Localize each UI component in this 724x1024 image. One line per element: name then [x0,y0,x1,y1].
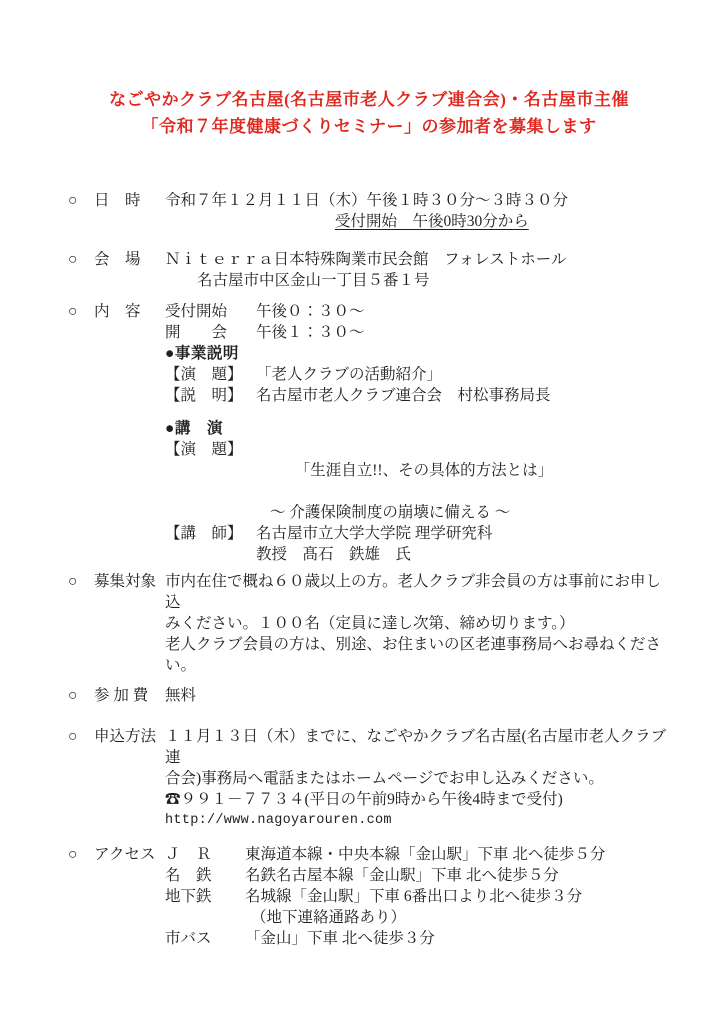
fee-label: 参 加 費 [94,685,165,706]
section-recruitment: ○ 募集対象 市内在住で概ね６０歳以上の方。老人クラブ非会員の方は事前にお申し込… [68,571,670,676]
route-desc: 名城線「金山駅」下車 6番出口より北へ徒歩３分 [245,886,670,907]
route-mode: 地下鉄 [165,886,245,907]
section-fee: ○ 参 加 費 無料 [68,685,670,706]
application-phone: ☎９９１－７７３４(平日の午前9時から午後4時まで受付) [165,789,670,810]
datetime-value: 令和７年１２月１１日（木）午後１時３０分～３時３０分 [165,190,670,211]
access-route-meitetsu: 名 鉄 名鉄名古屋本線「金山駅」下車 北へ徒歩５分 [165,865,670,886]
access-content: Ｊ Ｒ 東海道本線・中央本線「金山駅」下車 北へ徒歩５分 名 鉄 名鉄名古屋本線… [165,844,670,949]
lecturer-name-row: 教授 髙石 鉄雄 氏 [165,544,670,565]
circle-bullet-icon: ○ [68,249,94,270]
lecturer-row: 【講 師】 名古屋市立大学大学院 理学研究科 [165,523,670,544]
business-heading: ●事業説明 [165,343,670,364]
application-url: http://www.nagoyarouren.com [165,810,670,831]
lecturer-affiliation: 名古屋市立大学大学院 理学研究科 [256,523,670,544]
section-access: ○ アクセス Ｊ Ｒ 東海道本線・中央本線「金山駅」下車 北へ徒歩５分 名 鉄 … [68,844,670,949]
access-route-subway-note: （地下連絡通路あり） [165,907,670,928]
access-route-subway: 地下鉄 名城線「金山駅」下車 6番出口より北へ徒歩３分 [165,886,670,907]
contents-content: 受付開始 午後０：３０～ 開 会 午後１：３０～ ●事業説明 【演 題】 「老人… [165,301,670,565]
contents-label: 内 容 [94,301,165,322]
application-line: １１月１３日（木）までに、なごやかクラブ名古屋(名古屋市老人クラブ連 [165,726,670,768]
recruitment-content: 市内在住で概ね６０歳以上の方。老人クラブ非会員の方は事前にお申し込 みください。… [165,571,670,676]
venue-name: Ｎｉｔｅｒｒａ日本特殊陶業市民会館 フォレストホール [165,249,670,270]
lecturer-name: 教授 髙石 鉄雄 氏 [256,544,670,565]
title-line-1: なごやかクラブ名古屋(名古屋市老人クラブ連合会)・名古屋市主催 [68,86,670,113]
lecture-subtitle: ～ 介護保険制度の崩壊に備える ～ [270,502,670,523]
route-mode: 市バス [165,928,245,949]
speaker-label: 【説 明】 [165,385,256,406]
spacer [165,502,256,523]
datetime-content: 令和７年１２月１１日（木）午後１時３０分～３時３０分 受付開始 午後0時30分か… [165,190,670,232]
reception-note-line: 受付開始 午後0時30分から [165,211,670,232]
lecture-heading: ●講 演 [165,418,670,439]
datetime-label: 日 時 [94,190,165,211]
schedule-row-opening: 開 会 午後１：３０～ [165,322,670,343]
schedule-label: 開 会 [165,322,256,343]
document-page: なごやかクラブ名古屋(名古屋市老人クラブ連合会)・名古屋市主催 「令和７年度健康… [0,0,724,1024]
application-line: 合会)事務局へ電話またはホームページでお申し込みください。 [165,768,670,789]
lecture-topic-row: 【演 題】 「生涯自立!!、その具体的方法とは」 [165,439,670,502]
access-route-citybus: 市バス 「金山」下車 北へ徒歩３分 [165,928,670,949]
fee-value: 無料 [165,685,670,706]
lecture-topic-label: 【演 題】 [165,439,256,502]
schedule-row-reception: 受付開始 午後０：３０～ [165,301,670,322]
lecture-title: 「生涯自立!!、その具体的方法とは」 [295,462,553,479]
section-application: ○ 申込方法 １１月１３日（木）までに、なごやかクラブ名古屋(名古屋市老人クラブ… [68,726,670,831]
access-route-jr: Ｊ Ｒ 東海道本線・中央本線「金山駅」下車 北へ徒歩５分 [165,844,670,865]
section-datetime: ○ 日 時 令和７年１２月１１日（木）午後１時３０分～３時３０分 受付開始 午後… [68,190,670,232]
application-label: 申込方法 [94,726,165,747]
section-venue: ○ 会 場 Ｎｉｔｅｒｒａ日本特殊陶業市民会館 フォレストホール 名古屋市中区金… [68,249,670,291]
lecturer-label: 【講 師】 [165,523,256,544]
route-desc: 「金山」下車 北へ徒歩３分 [245,928,670,949]
schedule-value: 午後１：３０～ [256,322,670,343]
circle-bullet-icon: ○ [68,844,94,865]
speaker-value: 名古屋市老人クラブ連合会 村松事務局長 [256,385,670,406]
venue-address: 名古屋市中区金山一丁目５番１号 [197,270,670,291]
schedule-value: 午後０：３０～ [256,301,670,322]
recruitment-line: みください。１００名（定員に達し次第、締め切ります。） [165,613,670,634]
page-title: なごやかクラブ名古屋(名古屋市老人クラブ連合会)・名古屋市主催 「令和７年度健康… [68,86,670,140]
topic-value: 「老人クラブの活動紹介」 [256,364,670,385]
circle-bullet-icon: ○ [68,571,94,592]
business-topic-row: 【演 題】 「老人クラブの活動紹介」 [165,364,670,385]
circle-bullet-icon: ○ [68,301,94,322]
venue-content: Ｎｉｔｅｒｒａ日本特殊陶業市民会館 フォレストホール 名古屋市中区金山一丁目５番… [165,249,670,291]
topic-label: 【演 題】 [165,364,256,385]
access-label: アクセス [94,844,165,865]
section-contents: ○ 内 容 受付開始 午後０：３０～ 開 会 午後１：３０～ ●事業説明 【演 … [68,301,670,565]
schedule-label: 受付開始 [165,301,256,322]
reception-note: 受付開始 午後0時30分から [335,211,529,232]
recruitment-line: 市内在住で概ね６０歳以上の方。老人クラブ非会員の方は事前にお申し込 [165,571,670,613]
route-desc: 東海道本線・中央本線「金山駅」下車 北へ徒歩５分 [245,844,670,865]
route-mode: Ｊ Ｒ [165,844,245,865]
venue-label: 会 場 [94,249,165,270]
recruitment-line: 老人クラブ会員の方は、別途、お住まいの区老連事務局へお尋ねください。 [165,634,670,676]
lecture-subtitle-row: ～ 介護保険制度の崩壊に備える ～ [165,502,670,523]
recruitment-label: 募集対象 [94,571,165,592]
lecture-topic-value: 「生涯自立!!、その具体的方法とは」 [256,439,670,502]
route-desc: 名鉄名古屋本線「金山駅」下車 北へ徒歩５分 [245,865,670,886]
circle-bullet-icon: ○ [68,190,94,211]
spacer [165,544,256,565]
business-speaker-row: 【説 明】 名古屋市老人クラブ連合会 村松事務局長 [165,385,670,406]
circle-bullet-icon: ○ [68,685,94,706]
title-line-2: 「令和７年度健康づくりセミナー」の参加者を募集します [68,113,670,140]
application-content: １１月１３日（木）までに、なごやかクラブ名古屋(名古屋市老人クラブ連 合会)事務… [165,726,670,831]
route-desc-extra: （地下連絡通路あり） [251,907,670,928]
route-mode: 名 鉄 [165,865,245,886]
spacer [165,907,245,928]
circle-bullet-icon: ○ [68,726,94,747]
